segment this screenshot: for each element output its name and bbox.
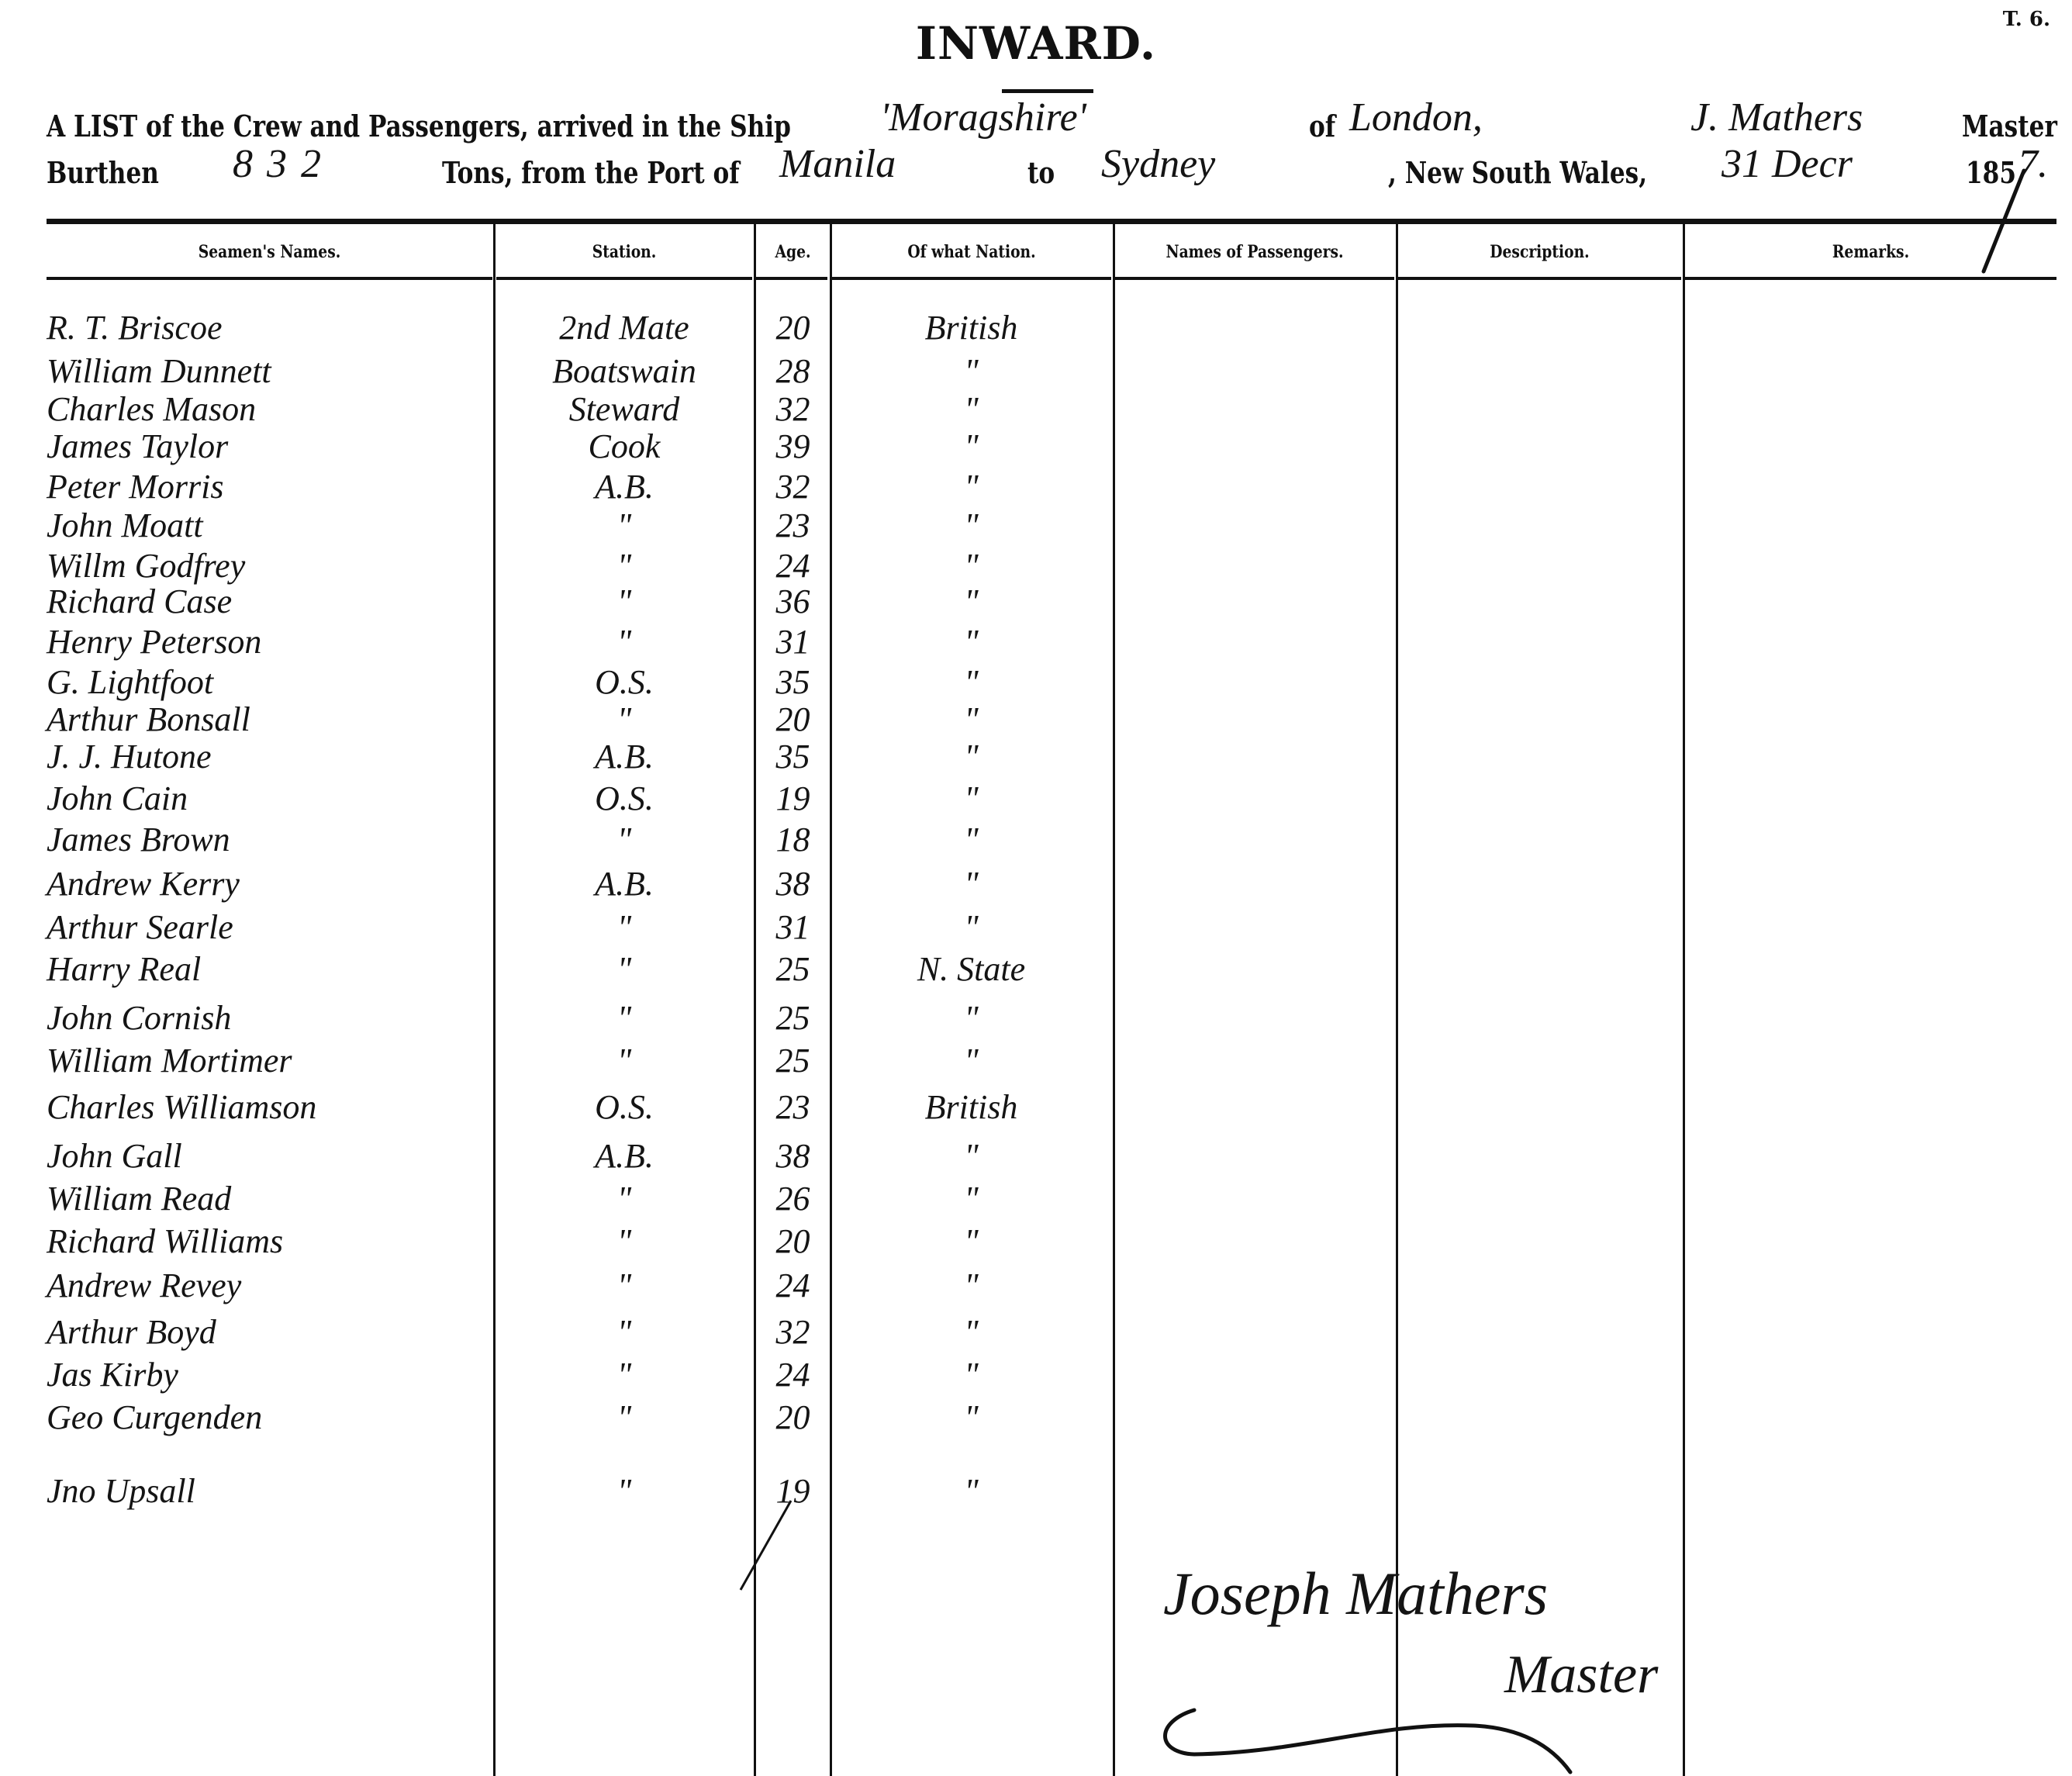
age: 38	[756, 862, 830, 906]
column-header-seamens-names: Seamen's Names.	[80, 242, 459, 262]
nation: "	[834, 465, 1109, 509]
nation: "	[834, 1353, 1109, 1397]
seaman-name: Arthur Boyd	[47, 1311, 481, 1354]
age: 20	[756, 1220, 830, 1263]
table-row: Jas Kirby"24"	[0, 1353, 2072, 1397]
station: "	[496, 1396, 752, 1439]
tons-from-port-label: Tons, from the Port of	[442, 155, 740, 190]
age: 31	[756, 620, 830, 664]
table-row: Peter MorrisA.B.32"	[0, 465, 2072, 509]
station: A.B.	[496, 862, 752, 906]
table-row: William Mortimer"25"	[0, 1039, 2072, 1083]
column-header-age: Age.	[761, 242, 824, 262]
column-header-station: Station.	[516, 242, 734, 262]
nation: "	[834, 1470, 1109, 1513]
seaman-name: Henry Peterson	[47, 620, 481, 664]
nation: "	[834, 425, 1109, 468]
table-row: Richard Williams"20"	[0, 1220, 2072, 1263]
age: 39	[756, 425, 830, 468]
nation: "	[834, 1220, 1109, 1263]
station: "	[496, 1470, 752, 1513]
seaman-name: Peter Morris	[47, 465, 481, 509]
seaman-name: Andrew Kerry	[47, 862, 481, 906]
seaman-name: Charles Williamson	[47, 1086, 481, 1129]
table-row: Arthur Searle"31"	[0, 906, 2072, 949]
age: 23	[756, 504, 830, 548]
home-port-field: London,	[1349, 95, 1483, 140]
station: 2nd Mate	[496, 306, 752, 350]
seaman-name: John Moatt	[47, 504, 481, 548]
age: 28	[756, 350, 830, 393]
header-bottom-rule	[832, 277, 1111, 280]
station: "	[496, 997, 752, 1040]
station: "	[496, 1220, 752, 1263]
table-row: John Cornish"25"	[0, 997, 2072, 1040]
age: 32	[756, 1311, 830, 1354]
table-row: J. J. HutoneA.B.35"	[0, 735, 2072, 779]
table-row: Harry Real"25N. State	[0, 948, 2072, 991]
table-top-rule	[47, 219, 2056, 224]
master-name-field: J. Mathers	[1690, 95, 1863, 140]
age: 35	[756, 735, 830, 779]
table-row: Jno Upsall"19"	[0, 1470, 2072, 1513]
station: A.B.	[496, 465, 752, 509]
age: 20	[756, 306, 830, 350]
station: "	[496, 620, 752, 664]
ship-name-field: 'Moragshire'	[880, 95, 1086, 140]
title-underline	[1002, 89, 1093, 93]
of-label: of	[1309, 109, 1335, 143]
station: "	[496, 1177, 752, 1221]
table-row: Richard Case"36"	[0, 580, 2072, 624]
age: 38	[756, 1135, 830, 1178]
age: 19	[756, 777, 830, 821]
age: 24	[756, 1264, 830, 1308]
nation: "	[834, 1264, 1109, 1308]
age: 23	[756, 1086, 830, 1129]
station: A.B.	[496, 735, 752, 779]
seaman-name: Andrew Revey	[47, 1264, 481, 1308]
seaman-name: R. T. Briscoe	[47, 306, 481, 350]
seaman-name: Geo Curgenden	[47, 1396, 481, 1439]
column-header-nation: Of what Nation.	[853, 242, 1090, 262]
nation: N. State	[834, 948, 1109, 991]
header-bottom-rule	[47, 277, 492, 280]
nation: British	[834, 1086, 1109, 1129]
table-row: William DunnettBoatswain28"	[0, 350, 2072, 393]
age: 32	[756, 465, 830, 509]
table-row: James TaylorCook39"	[0, 425, 2072, 468]
master-signature: Joseph Mathers	[1163, 1559, 1548, 1629]
header-bottom-rule	[1115, 277, 1394, 280]
nation: "	[834, 906, 1109, 949]
form-code: T. 6.	[2003, 8, 2050, 31]
seaman-name: Arthur Searle	[47, 906, 481, 949]
seaman-name: William Dunnett	[47, 350, 481, 393]
column-header-passengers: Names of Passengers.	[1136, 242, 1373, 262]
age: 20	[756, 1396, 830, 1439]
station: "	[496, 1039, 752, 1083]
seaman-name: Richard Case	[47, 580, 481, 624]
station: "	[496, 818, 752, 862]
list-prefix-label: A LIST of the Crew and Passengers, arriv…	[47, 109, 791, 143]
table-row: Charles WilliamsonO.S.23British	[0, 1086, 2072, 1129]
station: "	[496, 1311, 752, 1354]
station: "	[496, 504, 752, 548]
from-port-field: Manila	[779, 141, 896, 187]
station: Cook	[496, 425, 752, 468]
nation: "	[834, 350, 1109, 393]
nation: "	[834, 504, 1109, 548]
header-bottom-rule	[756, 277, 827, 280]
date-field: 31 Decr	[1721, 141, 1853, 187]
seaman-name: James Brown	[47, 818, 481, 862]
table-row: Arthur Boyd"32"	[0, 1311, 2072, 1354]
seaman-name: J. J. Hutone	[47, 735, 481, 779]
station: O.S.	[496, 777, 752, 821]
seaman-name: John Cain	[47, 777, 481, 821]
nation: "	[834, 1039, 1109, 1083]
seaman-name: James Taylor	[47, 425, 481, 468]
seaman-name: Jno Upsall	[47, 1470, 481, 1513]
station: "	[496, 906, 752, 949]
station: O.S.	[496, 1086, 752, 1129]
nation: "	[834, 1396, 1109, 1439]
nation: "	[834, 997, 1109, 1040]
age: 31	[756, 906, 830, 949]
seaman-name: John Cornish	[47, 997, 481, 1040]
seaman-name: William Read	[47, 1177, 481, 1221]
nation: "	[834, 818, 1109, 862]
header-bottom-rule	[496, 277, 752, 280]
table-row: John Moatt"23"	[0, 504, 2072, 548]
table-row: Andrew Revey"24"	[0, 1264, 2072, 1308]
seaman-name: Jas Kirby	[47, 1353, 481, 1397]
age: 18	[756, 818, 830, 862]
burthen-value-field: 832	[233, 141, 335, 187]
station: "	[496, 1353, 752, 1397]
seaman-name: Richard Williams	[47, 1220, 481, 1263]
table-row: James Brown"18"	[0, 818, 2072, 862]
table-row: John CainO.S.19"	[0, 777, 2072, 821]
nation: British	[834, 306, 1109, 350]
table-row: Geo Curgenden"20"	[0, 1396, 2072, 1439]
burthen-label: Burthen	[47, 155, 159, 190]
age: 36	[756, 580, 830, 624]
age: 26	[756, 1177, 830, 1221]
nation: "	[834, 735, 1109, 779]
seaman-name: John Gall	[47, 1135, 481, 1178]
age: 24	[756, 1353, 830, 1397]
nation: "	[834, 1135, 1109, 1178]
station: "	[496, 580, 752, 624]
header-bottom-rule	[1685, 277, 2056, 280]
to-port-field: Sydney	[1101, 141, 1215, 187]
seaman-name: Harry Real	[47, 948, 481, 991]
header-bottom-rule	[1398, 277, 1681, 280]
signature-flourish-icon	[1148, 1691, 1582, 1776]
column-header-description: Description.	[1419, 242, 1659, 262]
to-label: to	[1027, 155, 1055, 190]
station: A.B.	[496, 1135, 752, 1178]
nation: "	[834, 1311, 1109, 1354]
nation: "	[834, 580, 1109, 624]
table-row: Henry Peterson"31"	[0, 620, 2072, 664]
station: Boatswain	[496, 350, 752, 393]
nation: "	[834, 620, 1109, 664]
table-row: R. T. Briscoe2nd Mate20British	[0, 306, 2072, 350]
closing-pen-stroke-icon	[737, 1497, 799, 1598]
table-row: Andrew KerryA.B.38"	[0, 862, 2072, 906]
nation: "	[834, 1177, 1109, 1221]
document-title: INWARD.	[0, 17, 2072, 70]
new-south-wales-label: , New South Wales,	[1388, 155, 1647, 190]
column-header-remarks: Remarks.	[1713, 242, 2029, 262]
table-row: John GallA.B.38"	[0, 1135, 2072, 1178]
seaman-name: William Mortimer	[47, 1039, 481, 1083]
station: "	[496, 1264, 752, 1308]
nation: "	[834, 862, 1109, 906]
age: 25	[756, 997, 830, 1040]
table-row: William Read"26"	[0, 1177, 2072, 1221]
station: "	[496, 948, 752, 991]
age: 25	[756, 1039, 830, 1083]
age: 25	[756, 948, 830, 991]
master-label: Master	[1962, 109, 2057, 143]
nation: "	[834, 777, 1109, 821]
